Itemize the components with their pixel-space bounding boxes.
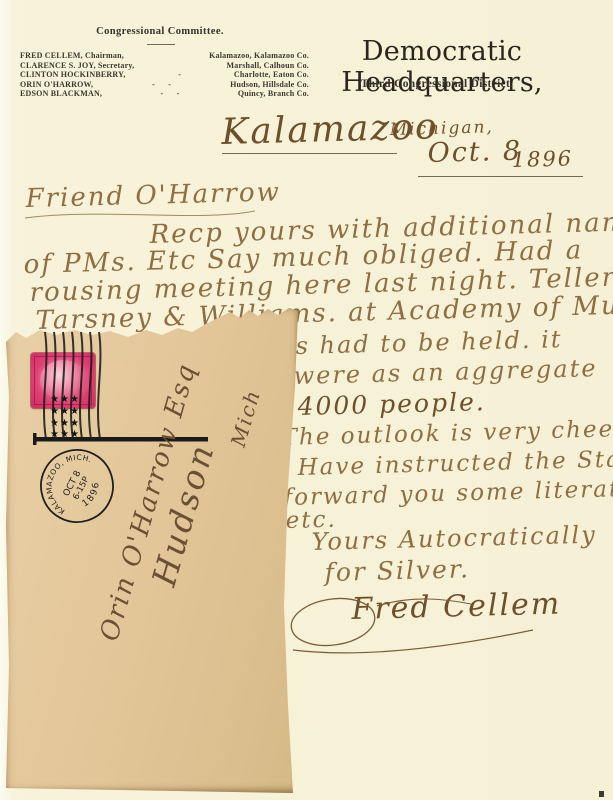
member-name: ORIN O'HARROW, xyxy=(20,80,93,90)
scan-speck xyxy=(599,791,604,797)
letter-line: forward you some literature xyxy=(283,475,613,511)
svg-text:★: ★ xyxy=(60,418,69,429)
salutation-underline-flourish xyxy=(20,206,260,224)
headquarters-subtitle: Third Congressional District. xyxy=(277,78,597,90)
svg-text:★: ★ xyxy=(70,394,79,405)
postmark-dial: KALAMAZOO, MICH. OCT 8 6-15P 1896 xyxy=(28,437,125,534)
signature-flourish xyxy=(285,586,540,660)
dateline-rule-2 xyxy=(418,176,583,177)
committee-member-row: CLINTON HOCKINBERRY, - Charlotte, Eaton … xyxy=(20,70,309,80)
letter-line: Have instructed the State xyxy=(297,446,613,481)
letter-scan: Congressional Committee. FRED CELLEM, Ch… xyxy=(0,0,613,800)
svg-text:★: ★ xyxy=(50,406,59,417)
dateline-rule-1 xyxy=(222,153,397,154)
closing-line: Yours Autocratically xyxy=(311,521,597,556)
committee-member-row: EDSON BLACKMAN, - - Quincy, Branch Co. xyxy=(20,89,309,99)
dash-leader: - - xyxy=(152,80,171,90)
dateline-year: 1896 xyxy=(511,146,573,172)
svg-text:★: ★ xyxy=(50,394,59,405)
dash-leader: - xyxy=(178,70,181,80)
svg-text:★: ★ xyxy=(70,406,79,417)
committee-title: Congressional Committee. xyxy=(50,26,270,37)
member-name: FRED CELLEM, Chairman, xyxy=(20,51,124,61)
committee-title-rule xyxy=(147,44,175,45)
svg-text:★: ★ xyxy=(70,418,79,429)
member-name: CLARENCE S. JOY, Secretary, xyxy=(20,61,134,71)
member-name: CLINTON HOCKINBERRY, xyxy=(20,70,126,80)
flag-cancel-stars-icon: ★★★ ★★★ ★★★ ★★★ xyxy=(50,394,79,440)
committee-member-list: FRED CELLEM, Chairman, Kalamazoo, Kalama… xyxy=(20,51,309,99)
member-name: EDSON BLACKMAN, xyxy=(20,89,102,99)
dateline-date: Oct. 8 xyxy=(427,136,522,169)
svg-text:★: ★ xyxy=(60,394,69,405)
dash-leader: - - xyxy=(161,89,180,99)
committee-member-row: ORIN O'HARROW, - - Hudson, Hillsdale Co. xyxy=(20,80,309,90)
svg-text:★: ★ xyxy=(50,418,59,429)
svg-text:★: ★ xyxy=(60,406,69,417)
committee-member-row: FRED CELLEM, Chairman, Kalamazoo, Kalama… xyxy=(20,51,309,61)
closing-line: for Silver. xyxy=(324,554,470,587)
committee-member-row: CLARENCE S. JOY, Secretary, Marshall, Ca… xyxy=(20,61,309,71)
